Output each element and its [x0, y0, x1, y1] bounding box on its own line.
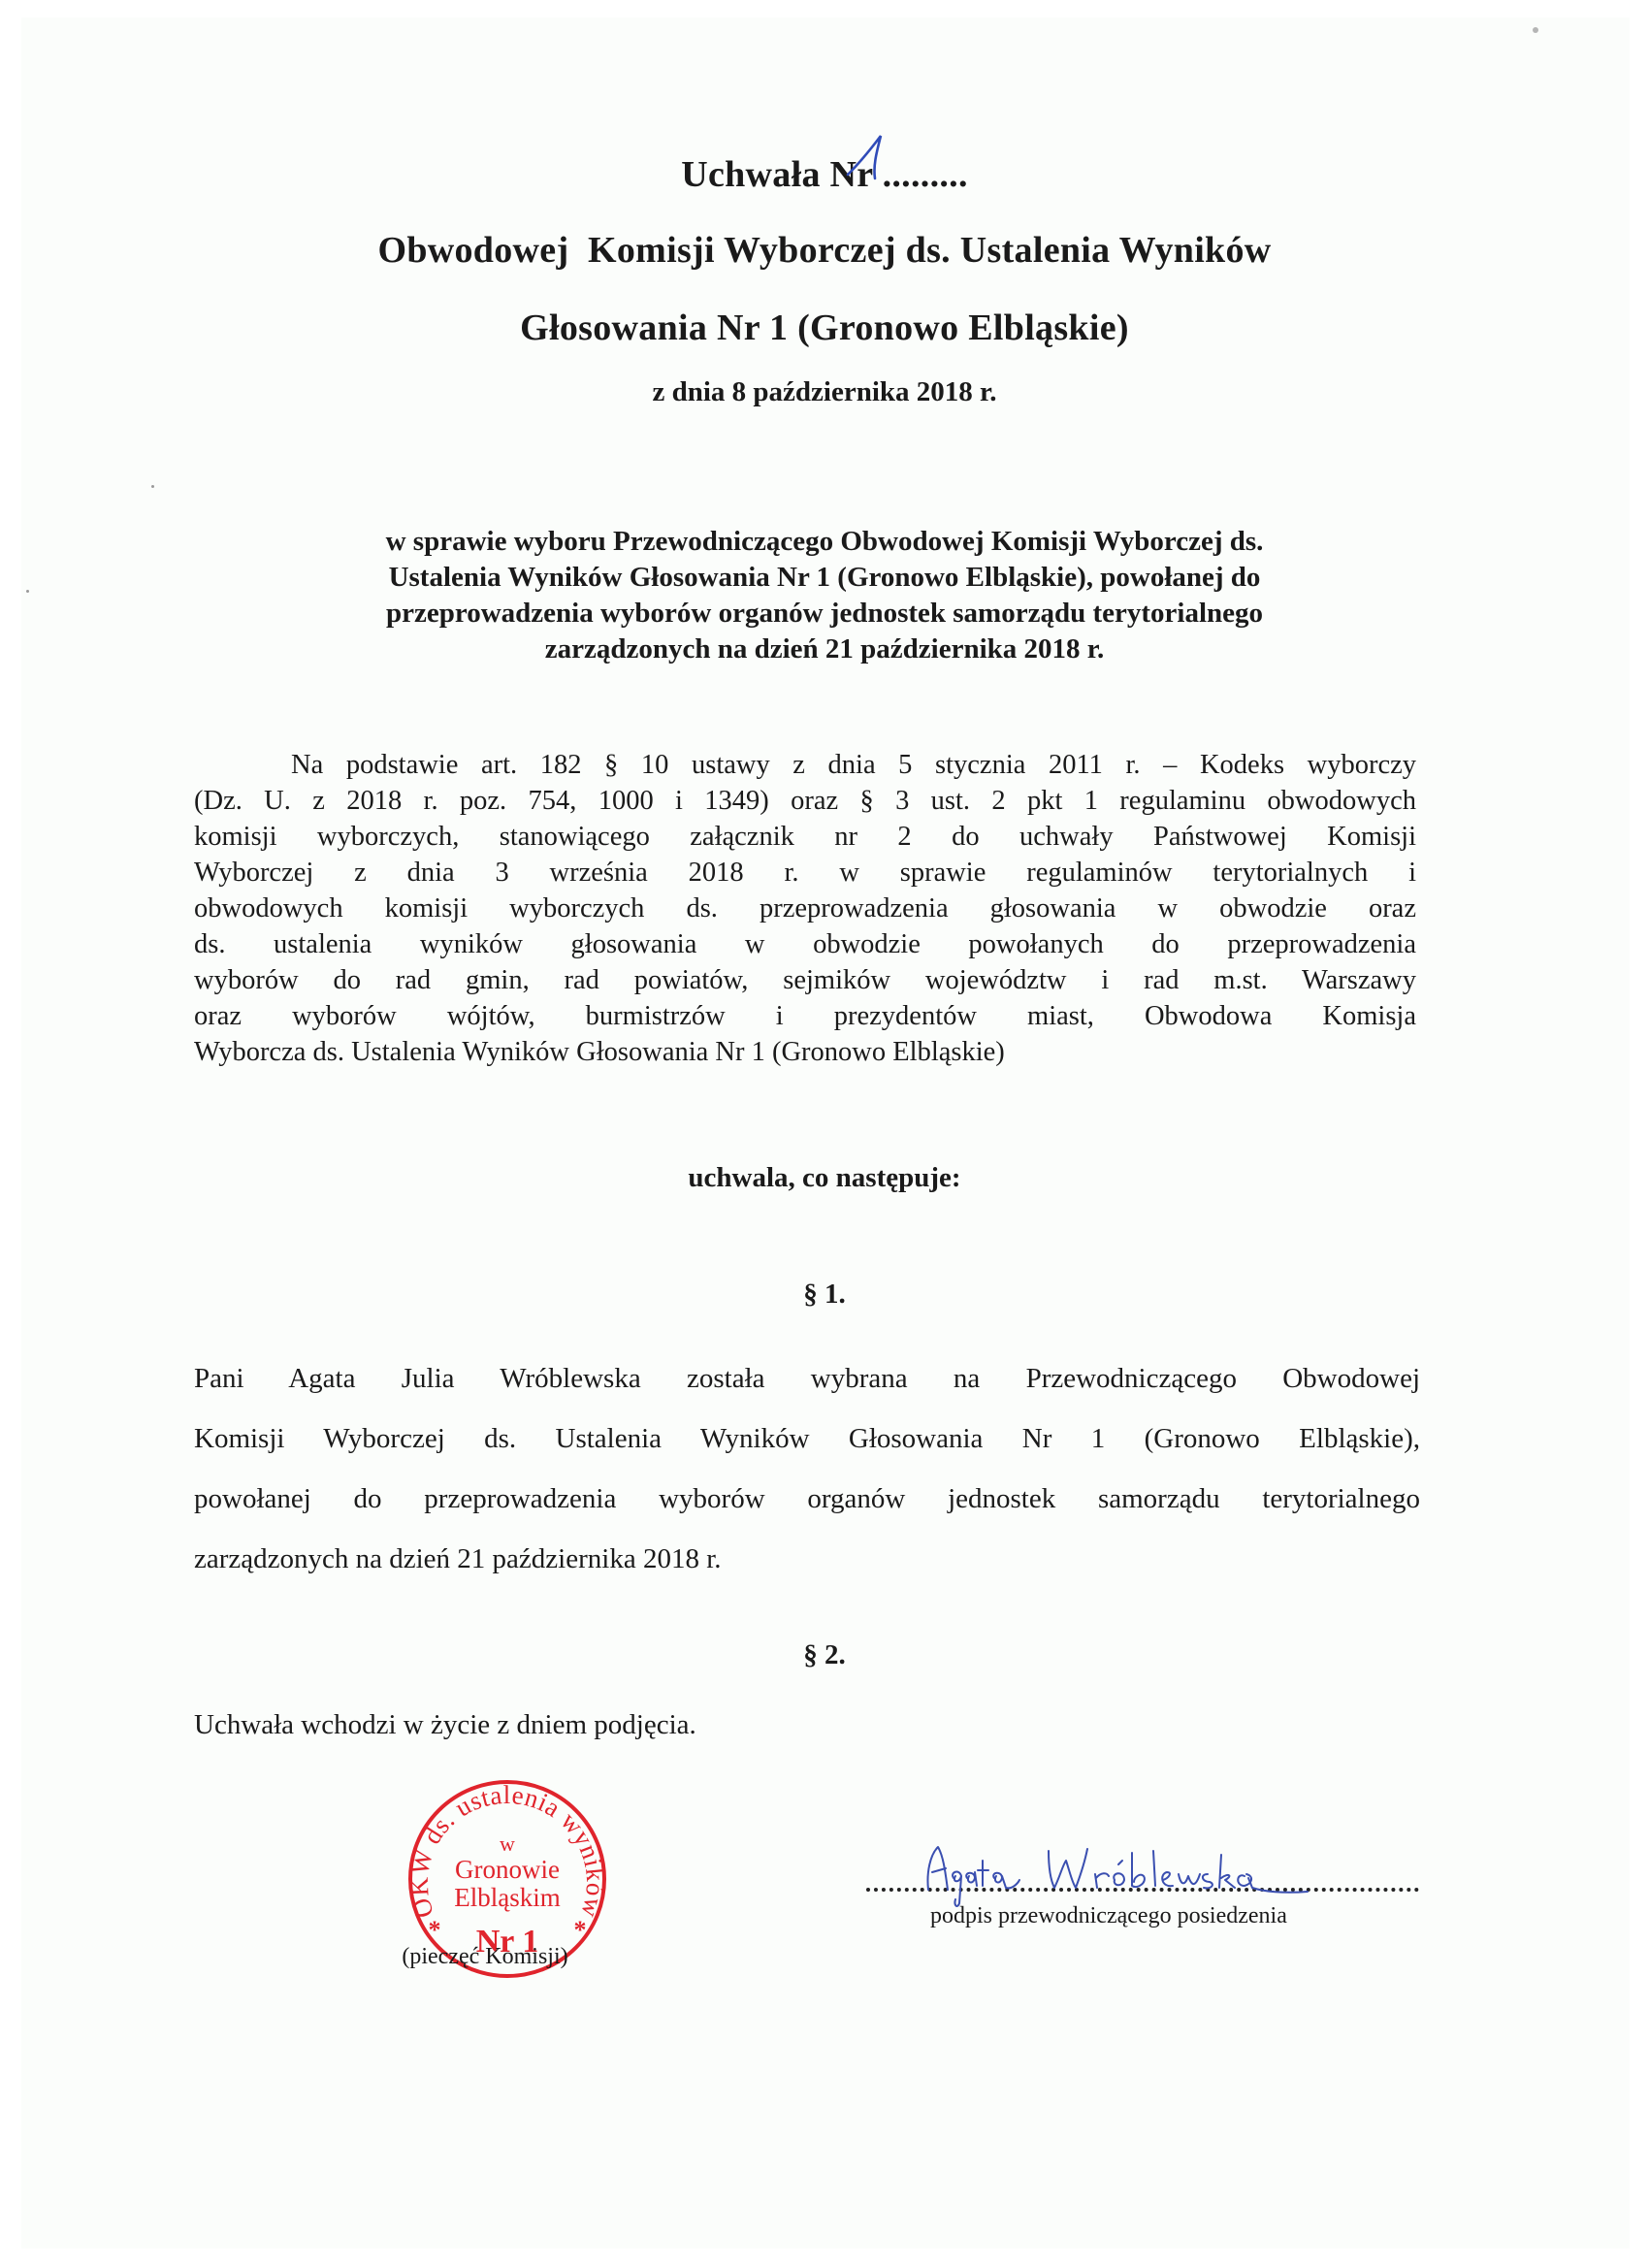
subject-line: zarządzonych na dzień 21 października 20… [233, 632, 1416, 667]
resolves-heading: uchwala, co następuje: [0, 1162, 1649, 1194]
handwritten-signature-icon: Agata Wróblewska [924, 1833, 1312, 1911]
paragraph-2-heading: § 2. [0, 1639, 1649, 1671]
signature-block: Agata Wróblewska [866, 1833, 1419, 1950]
subject-line: Ustalenia Wyników Głosowania Nr 1 (Grono… [233, 560, 1416, 596]
basis-line: (Dz. U. z 2018 r. poz. 754, 1000 i 1349)… [194, 783, 1416, 819]
title-number-dots: ......... [883, 154, 968, 195]
handwritten-number-1: 1 [842, 130, 890, 188]
scan-speck [151, 485, 154, 488]
basis-line: obwodowych komisji wyborczych ds. przepr… [194, 891, 1416, 926]
subject-line: w sprawie wyboru Przewodniczącego Obwodo… [233, 524, 1416, 560]
basis-line: ds. ustalenia wyników głosowania w obwod… [194, 926, 1416, 962]
stamp-line-1: w [500, 1831, 515, 1856]
scan-speck [26, 590, 29, 593]
resolution-title: Uchwała Nr ......... [0, 153, 1649, 196]
signature-caption: podpis przewodniczącego posiedzenia [930, 1903, 1287, 1929]
basis-line: Na podstawie art. 182 § 10 ustawy z dnia… [194, 747, 1416, 783]
resolution-document: Uchwała Nr ......... 1 Obwodowej Komisji… [0, 0, 1649, 2268]
basis-line: komisji wyborczych, stanowiącego załączn… [194, 819, 1416, 855]
legal-basis-paragraph: Na podstawie art. 182 § 10 ustawy z dnia… [194, 747, 1416, 1070]
paragraph-line: zarządzonych na dzień 21 października 20… [194, 1529, 1420, 1589]
stamp-star-right: * [574, 1916, 587, 1944]
paragraph-2-body: Uchwała wchodzi w życie z dniem podjęcia… [194, 1709, 696, 1741]
district-title: Głosowania Nr 1 (Gronowo Elbląskie) [0, 307, 1649, 349]
subject-line: przeprowadzenia wyborów organów jednoste… [233, 596, 1416, 632]
basis-line: oraz wyborów wójtów, burmistrzów i prezy… [194, 998, 1416, 1034]
basis-line: Wyborcza ds. Ustalenia Wyników Głosowani… [194, 1034, 1416, 1070]
stamp-line-3: Elbląskim [454, 1883, 561, 1912]
basis-line: Wyborczej z dnia 3 września 2018 r. w sp… [194, 855, 1416, 891]
committee-title: Obwodowej Komisji Wyborczej ds. Ustaleni… [0, 229, 1649, 272]
resolution-date: z dnia 8 października 2018 r. [0, 376, 1649, 408]
paragraph-line: Pani Agata Julia Wróblewska została wybr… [194, 1348, 1420, 1409]
stamp-line-2: Gronowie [455, 1855, 560, 1884]
stamp-star-left: * [429, 1916, 441, 1944]
paragraph-1-body: Pani Agata Julia Wróblewska została wybr… [194, 1348, 1420, 1589]
paragraph-1-heading: § 1. [0, 1279, 1649, 1311]
paragraph-line: powołanej do przeprowadzenia wyborów org… [194, 1469, 1420, 1529]
basis-line: wyborów do rad gmin, rad powiatów, sejmi… [194, 962, 1416, 998]
scan-speck [1533, 27, 1538, 33]
paragraph-line: Komisji Wyborczej ds. Ustalenia Wyników … [194, 1409, 1420, 1469]
stamp-caption: (pieczęć Komisji) [388, 1944, 582, 1970]
resolution-subject: w sprawie wyboru Przewodniczącego Obwodo… [233, 524, 1416, 667]
